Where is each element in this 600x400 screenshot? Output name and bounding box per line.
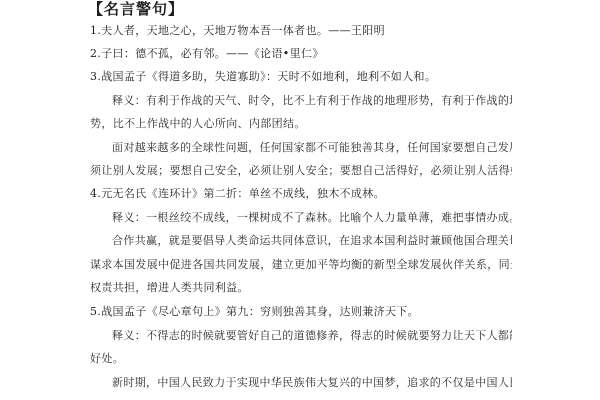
quote-5-explanation-line-2: 好处。 [90,352,512,366]
quote-4-explanation: 释义：一根丝绞不成线，一棵树成不了森林。比喻个人力量单薄，难把事情办成。 [90,211,512,225]
quote-4: 4.元无名氏《连环计》第二折：单丝不成线，独木不成林。 [90,187,512,201]
quote-3-explanation-line-2: 势，比不上作战中的人心所向、内部团结。 [90,117,512,131]
quote-3-commentary-line-1: 面对越来越多的全球性问题，任何国家都不可能独善其身，任何国家要想自己发展，必 [90,141,512,155]
quote-4-commentary-line-2: 谋求本国发展中促进各国共同发展，建立更加平等均衡的新型全球发展伙伴关系，同舟共济… [90,258,512,272]
quote-5-commentary-line-1: 新时期，中国人民致力于实现中华民族伟大复兴的中国梦，追求的不仅是中国人民的福 [90,376,512,390]
quote-4-commentary-line-1: 合作共赢，就是要倡导人类命运共同体意识，在追求本国利益时兼顾他国合理关切，在 [90,234,512,248]
quote-2: 2.子曰：德不孤，必有邻。——《论语•里仁》 [90,47,512,61]
quote-3-explanation-line-1: 释义：有利于作战的天气、时令，比不上有利于作战的地理形势，有利于作战的地理形 [90,94,512,108]
quote-4-commentary-line-3: 权责共担，增进人类共同利益。 [90,281,512,295]
quote-5: 5.战国孟子《尽心章句上》第九：穷则独善其身，达则兼济天下。 [90,305,512,319]
section-title: 【名言警句】 [88,0,184,19]
quote-3: 3.战国孟子《得道多助，失道寡助》：天时不如地利，地利不如人和。 [90,70,512,84]
quote-1: 1.夫人者，天地之心，天地万物本吾一体者也。——王阳明 [90,24,512,38]
quote-5-explanation-line-1: 释义：不得志的时候就要管好自己的道德修养，得志的时候就要努力让天下人都能得到 [90,329,512,343]
quote-3-commentary-line-2: 须让别人发展；要想自己安全，必须让别人安全；要想自己活得好，必须让别人活得好。 [90,164,512,178]
